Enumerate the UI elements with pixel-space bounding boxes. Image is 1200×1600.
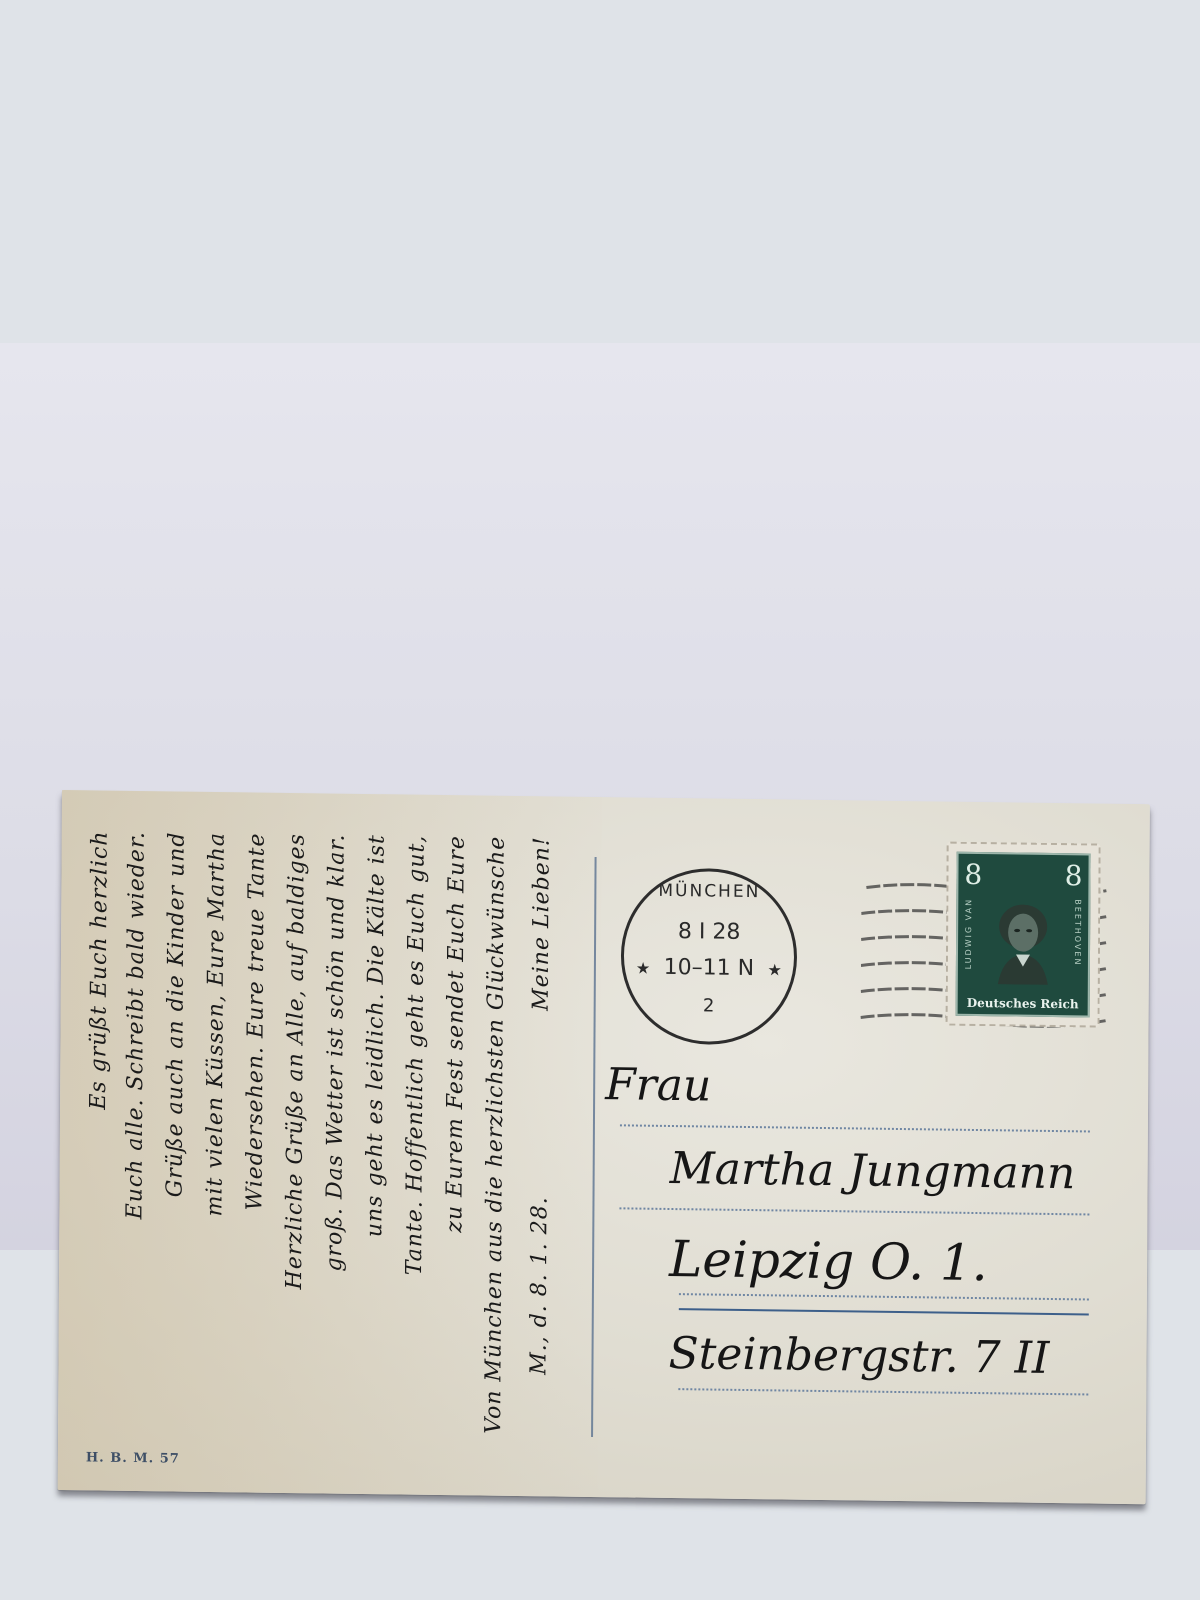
postage-stamp: 8 8 LUDWIG VAN BEETHOVEN Deutsches Reich bbox=[946, 842, 1101, 1028]
message-line: Euch alle. Schreibt bald wieder. bbox=[124, 831, 148, 1220]
stamp-country: Deutsches Reich bbox=[958, 996, 1088, 1012]
message-line: uns geht es leidlich. Die Kälte ist bbox=[364, 834, 388, 1237]
message-line: Es grüßt Euch herzlich bbox=[88, 830, 112, 1110]
message-greeting: Meine Lieben! bbox=[531, 836, 554, 1011]
stamp-right-text: BEETHOVEN bbox=[1073, 899, 1082, 966]
postmark-office-number: 2 bbox=[624, 994, 794, 1017]
address-city: Leipzig O. 1. bbox=[669, 1230, 988, 1292]
message-line: Von München aus die herzlichsten Glückwü… bbox=[483, 836, 509, 1434]
stamp-left-text: LUDWIG VAN bbox=[964, 898, 973, 970]
message-line: Wiedersehen. Eure treue Tante bbox=[244, 832, 268, 1210]
star-icon: ★ bbox=[767, 960, 781, 979]
stamp-denomination: 8 bbox=[1065, 859, 1083, 892]
stamp-face: 8 8 LUDWIG VAN BEETHOVEN Deutsches Reich bbox=[956, 852, 1091, 1018]
message-line: mit vielen Küssen, Eure Martha bbox=[204, 832, 228, 1217]
address-salutation: Frau bbox=[605, 1059, 711, 1111]
message-line: groß. Das Wetter ist schön und klar. bbox=[324, 833, 349, 1271]
address-line bbox=[679, 1293, 1089, 1300]
address-street: Steinbergstr. 7 II bbox=[668, 1328, 1049, 1384]
postmark: MÜNCHEN 8 I 28 ★ 10–11 N ★ 2 bbox=[620, 867, 797, 1045]
publisher-mark: H. B. M. 57 bbox=[86, 1450, 180, 1466]
message-date: M., d. 8. 1. 28. bbox=[528, 1196, 551, 1375]
message-line: zu Eurem Fest sendet Euch Eure bbox=[444, 835, 468, 1233]
message-line: Tante. Hoffentlich geht es Euch gut, bbox=[404, 835, 429, 1276]
postmark-city: MÜNCHEN bbox=[624, 880, 794, 902]
stamp-denomination: 8 bbox=[964, 858, 982, 891]
photo-surface: Meine Lieben! M., d. 8. 1. 28. Von Münch… bbox=[0, 343, 1200, 1250]
postcard: Meine Lieben! M., d. 8. 1. 28. Von Münch… bbox=[58, 790, 1150, 1504]
address-underline bbox=[679, 1308, 1089, 1315]
address-line bbox=[678, 1388, 1088, 1395]
message-line: Grüße auch an die Kinder und bbox=[165, 831, 189, 1197]
message-line: Herzliche Grüße an Alle, auf baldiges bbox=[284, 833, 309, 1290]
address-line bbox=[620, 1124, 1090, 1132]
address-name: Martha Jungmann bbox=[670, 1143, 1076, 1199]
postmark-date: 8 I 28 bbox=[624, 918, 794, 945]
address-line bbox=[619, 1207, 1089, 1215]
beethoven-portrait-icon bbox=[988, 894, 1059, 985]
